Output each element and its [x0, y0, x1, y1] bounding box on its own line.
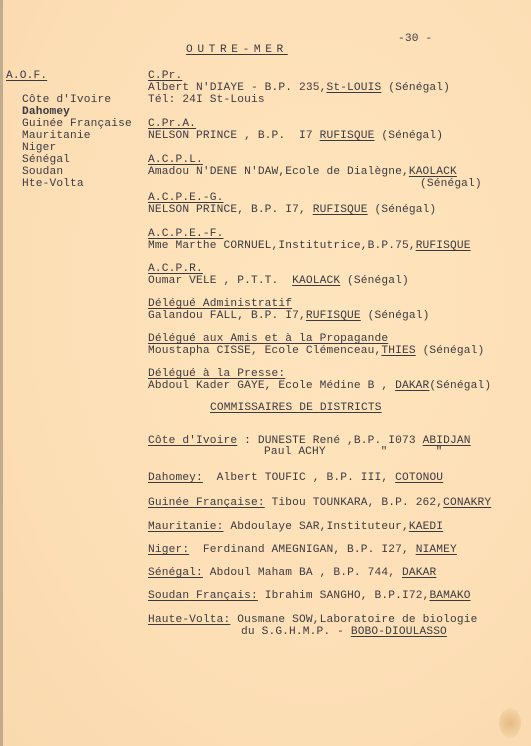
commissaire-city: DAKAR — [402, 567, 436, 579]
commissaire-row: Mauritanie: Abdoulaye SAR,Instituteur,KA… — [148, 521, 443, 533]
region-item: Niger — [22, 142, 56, 154]
page-edge — [0, 0, 3, 746]
commissaires-heading: COMMISSAIRES DE DISTRICTS — [210, 402, 382, 414]
commissaire-row: Niger: Ferdinand AMEGNIGAN, B.P. I27, NI… — [148, 544, 457, 556]
entry-label: A.C.P.E.-F. — [148, 228, 224, 240]
paper-stain — [499, 708, 521, 738]
commissaire-row: Soudan Français: Ibrahim SANGHO, B.P.I72… — [148, 590, 471, 602]
page-number: -30 - — [398, 33, 432, 45]
entry-label: Délégué aux Amis et à la Propagande — [148, 333, 388, 345]
entry-line: Oumar VELE , P.T.T. KAOLACK (Sénégal) — [148, 275, 409, 287]
commissaire-row: Sénégal: Abdoul Maham BA , B.P. 744, DAK… — [148, 567, 436, 579]
region-item: Mauritanie — [22, 130, 91, 142]
commissaire-region: Mauritanie: — [148, 521, 224, 533]
entry-city: DAKAR — [395, 380, 429, 392]
entry-city: RUFISQUE — [313, 204, 368, 216]
entry-line: Albert N'DIAYE - B.P. 235,St-LOUIS (Séné… — [148, 82, 450, 94]
commissaire-line2: Paul ACHY " " — [264, 446, 442, 458]
commissaire-city: KAEDI — [409, 521, 443, 533]
entry-label: A.C.P.R. — [148, 263, 203, 275]
entry-city: St-LOUIS — [326, 82, 381, 94]
commissaire-row: Guinée Française: Tibou TOUNKARA, B.P. 2… — [148, 497, 491, 509]
entry-label: A.C.P.E.-G. — [148, 192, 224, 204]
commissaire-region: Dahomey: — [148, 472, 203, 484]
aof-heading: A.O.F. — [6, 70, 47, 82]
commissaire-region: Guinée Française: — [148, 497, 265, 509]
entry-city: THIES — [381, 345, 415, 357]
region-item: Côte d'Ivoire — [22, 94, 111, 106]
entry-city: RUFISQUE — [416, 240, 471, 252]
commissaire-region: Côte d'Ivoire — [148, 435, 237, 447]
region-item: Dahomey — [22, 106, 70, 118]
commissaire-city: NIAMEY — [416, 544, 457, 556]
entry-label: Délégué Administratif — [148, 298, 292, 310]
entry-line: Moustapha CISSE, Ecole Clémenceau,THIES … — [148, 345, 484, 357]
entry-line: Tél: 24I St-Louis — [148, 94, 265, 106]
commissaire-city: COTONOU — [395, 472, 443, 484]
entry-city: KAOLACK — [292, 275, 340, 287]
region-item: Sénégal — [22, 154, 70, 166]
entry-label: C.Pr. — [148, 70, 182, 82]
commissaire-region: Haute-Volta: — [148, 614, 230, 626]
entry-city: RUFISQUE — [320, 130, 375, 142]
entry-line: Galandou FALL, B.P. I7,RUFISQUE (Sénégal… — [148, 310, 429, 322]
entry-label: C.Pr.A. — [148, 118, 196, 130]
commissaire-line2: du S.G.H.M.P. - BOBO-DIOULASSO — [241, 626, 447, 638]
entry-line: NELSON PRINCE , B.P. I7 RUFISQUE (Sénéga… — [148, 130, 443, 142]
region-item: Soudan — [22, 166, 63, 178]
entry-city: RUFISQUE — [306, 310, 361, 322]
entry-line: Abdoul Kader GAYE, Ecole Médine B , DAKA… — [148, 380, 491, 392]
commissaire-region: Niger: — [148, 544, 189, 556]
commissaire-city: BOBO-DIOULASSO — [351, 626, 447, 638]
commissaire-row: Dahomey: Albert TOUFIC , B.P. III, COTON… — [148, 472, 443, 484]
commissaire-row: Haute-Volta: Ousmane SOW,Laboratoire de … — [148, 614, 477, 626]
entry-label: Délégué à la Presse: — [148, 368, 285, 380]
entry-suffix: (Sénégal) — [420, 178, 482, 190]
entry-line: Mme Marthe CORNUEL,Institutrice,B.P.75,R… — [148, 240, 471, 252]
page-title: OUTRE-MER — [186, 44, 288, 56]
entry-line: Amadou N'DENE N'DAW,Ecole de Dialègne,KA… — [148, 166, 457, 178]
commissaire-city: BAMAKO — [429, 590, 470, 602]
entry-line: NELSON PRINCE, B.P. I7, RUFISQUE (Sénéga… — [148, 204, 436, 216]
region-item: Hte-Volta — [22, 178, 84, 190]
commissaire-region: Sénégal: — [148, 567, 203, 579]
entry-label: A.C.P.L. — [148, 154, 203, 166]
commissaire-city: CONAKRY — [443, 497, 491, 509]
document-page: -30 - OUTRE-MER A.O.F. Côte d'Ivoire Dah… — [0, 0, 531, 746]
commissaire-region: Soudan Français: — [148, 590, 258, 602]
region-item: Guinée Française — [22, 118, 132, 130]
entry-city: KAOLACK — [409, 166, 457, 178]
